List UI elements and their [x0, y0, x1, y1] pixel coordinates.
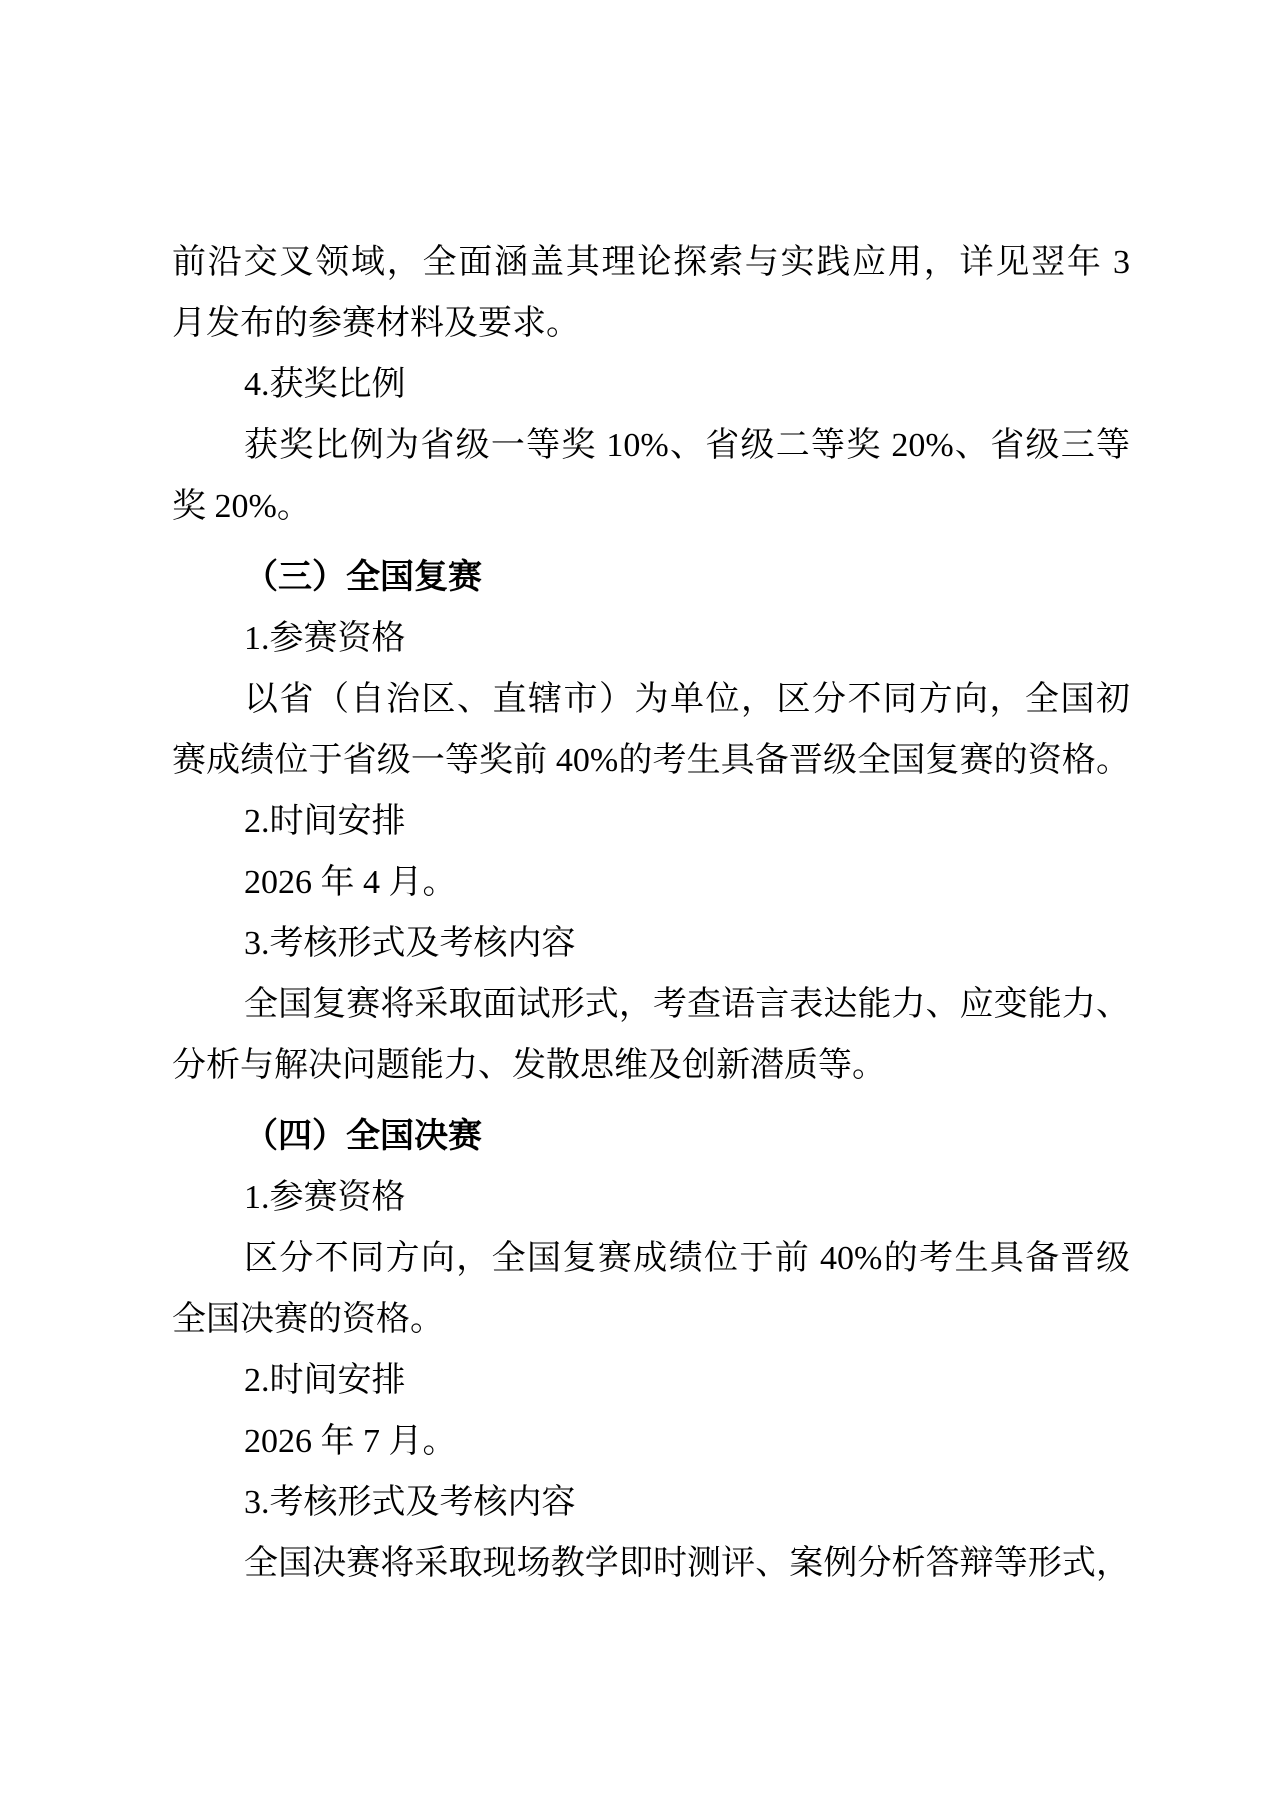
- section-heading: （四）全国决赛: [172, 1106, 1130, 1167]
- text-line: （四）全国决赛: [172, 1106, 1130, 1167]
- paragraph: 4.获奖比例: [172, 354, 1130, 415]
- text-line: 3.考核形式及考核内容: [172, 913, 1130, 974]
- text-line: 赛成绩位于省级一等奖前 40%的考生具备晋级全国复赛的资格。: [172, 730, 1130, 791]
- text-line: 月发布的参赛材料及要求。: [172, 293, 1130, 354]
- text-line: 获奖比例为省级一等奖 10%、省级二等奖 20%、省级三等: [172, 415, 1130, 476]
- section-heading: （三）全国复赛: [172, 547, 1130, 608]
- text-line: 1.参赛资格: [172, 608, 1130, 669]
- paragraph: 1.参赛资格: [172, 1167, 1130, 1228]
- paragraph: 2.时间安排: [172, 791, 1130, 852]
- text-line: 全国决赛的资格。: [172, 1289, 1130, 1350]
- paragraph: 3.考核形式及考核内容: [172, 1472, 1130, 1533]
- paragraph: 2.时间安排: [172, 1350, 1130, 1411]
- paragraph: 2026 年 7 月。: [172, 1411, 1130, 1472]
- text-line: 奖 20%。: [172, 476, 1130, 537]
- text-line: 区分不同方向，全国复赛成绩位于前 40%的考生具备晋级: [172, 1228, 1130, 1289]
- text-line: 4.获奖比例: [172, 354, 1130, 415]
- text-line: 2.时间安排: [172, 791, 1130, 852]
- text-line: 全国复赛将采取面试形式，考查语言表达能力、应变能力、: [172, 974, 1130, 1035]
- text-line: 2026 年 7 月。: [172, 1411, 1130, 1472]
- text-line: 全国决赛将采取现场教学即时测评、案例分析答辩等形式，: [172, 1533, 1130, 1594]
- text-line: 前沿交叉领域，全面涵盖其理论探索与实践应用，详见翌年 3: [172, 232, 1130, 293]
- text-line: 2026 年 4 月。: [172, 852, 1130, 913]
- paragraph: 区分不同方向，全国复赛成绩位于前 40%的考生具备晋级 全国决赛的资格。: [172, 1228, 1130, 1350]
- text-line: 3.考核形式及考核内容: [172, 1472, 1130, 1533]
- paragraph: 前沿交叉领域，全面涵盖其理论探索与实践应用，详见翌年 3 月发布的参赛材料及要求…: [172, 232, 1130, 354]
- text-line: 1.参赛资格: [172, 1167, 1130, 1228]
- document-page: 前沿交叉领域，全面涵盖其理论探索与实践应用，详见翌年 3 月发布的参赛材料及要求…: [0, 0, 1280, 1810]
- text-line: 分析与解决问题能力、发散思维及创新潜质等。: [172, 1035, 1130, 1096]
- paragraph: 3.考核形式及考核内容: [172, 913, 1130, 974]
- paragraph: 以省（自治区、直辖市）为单位，区分不同方向，全国初 赛成绩位于省级一等奖前 40…: [172, 669, 1130, 791]
- text-line: 以省（自治区、直辖市）为单位，区分不同方向，全国初: [172, 669, 1130, 730]
- paragraph: 2026 年 4 月。: [172, 852, 1130, 913]
- paragraph: 获奖比例为省级一等奖 10%、省级二等奖 20%、省级三等 奖 20%。: [172, 415, 1130, 537]
- paragraph: 全国决赛将采取现场教学即时测评、案例分析答辩等形式，: [172, 1533, 1130, 1594]
- document-body: 前沿交叉领域，全面涵盖其理论探索与实践应用，详见翌年 3 月发布的参赛材料及要求…: [172, 232, 1130, 1594]
- paragraph: 1.参赛资格: [172, 608, 1130, 669]
- paragraph: 全国复赛将采取面试形式，考查语言表达能力、应变能力、 分析与解决问题能力、发散思…: [172, 974, 1130, 1096]
- text-line: （三）全国复赛: [172, 547, 1130, 608]
- text-line: 2.时间安排: [172, 1350, 1130, 1411]
